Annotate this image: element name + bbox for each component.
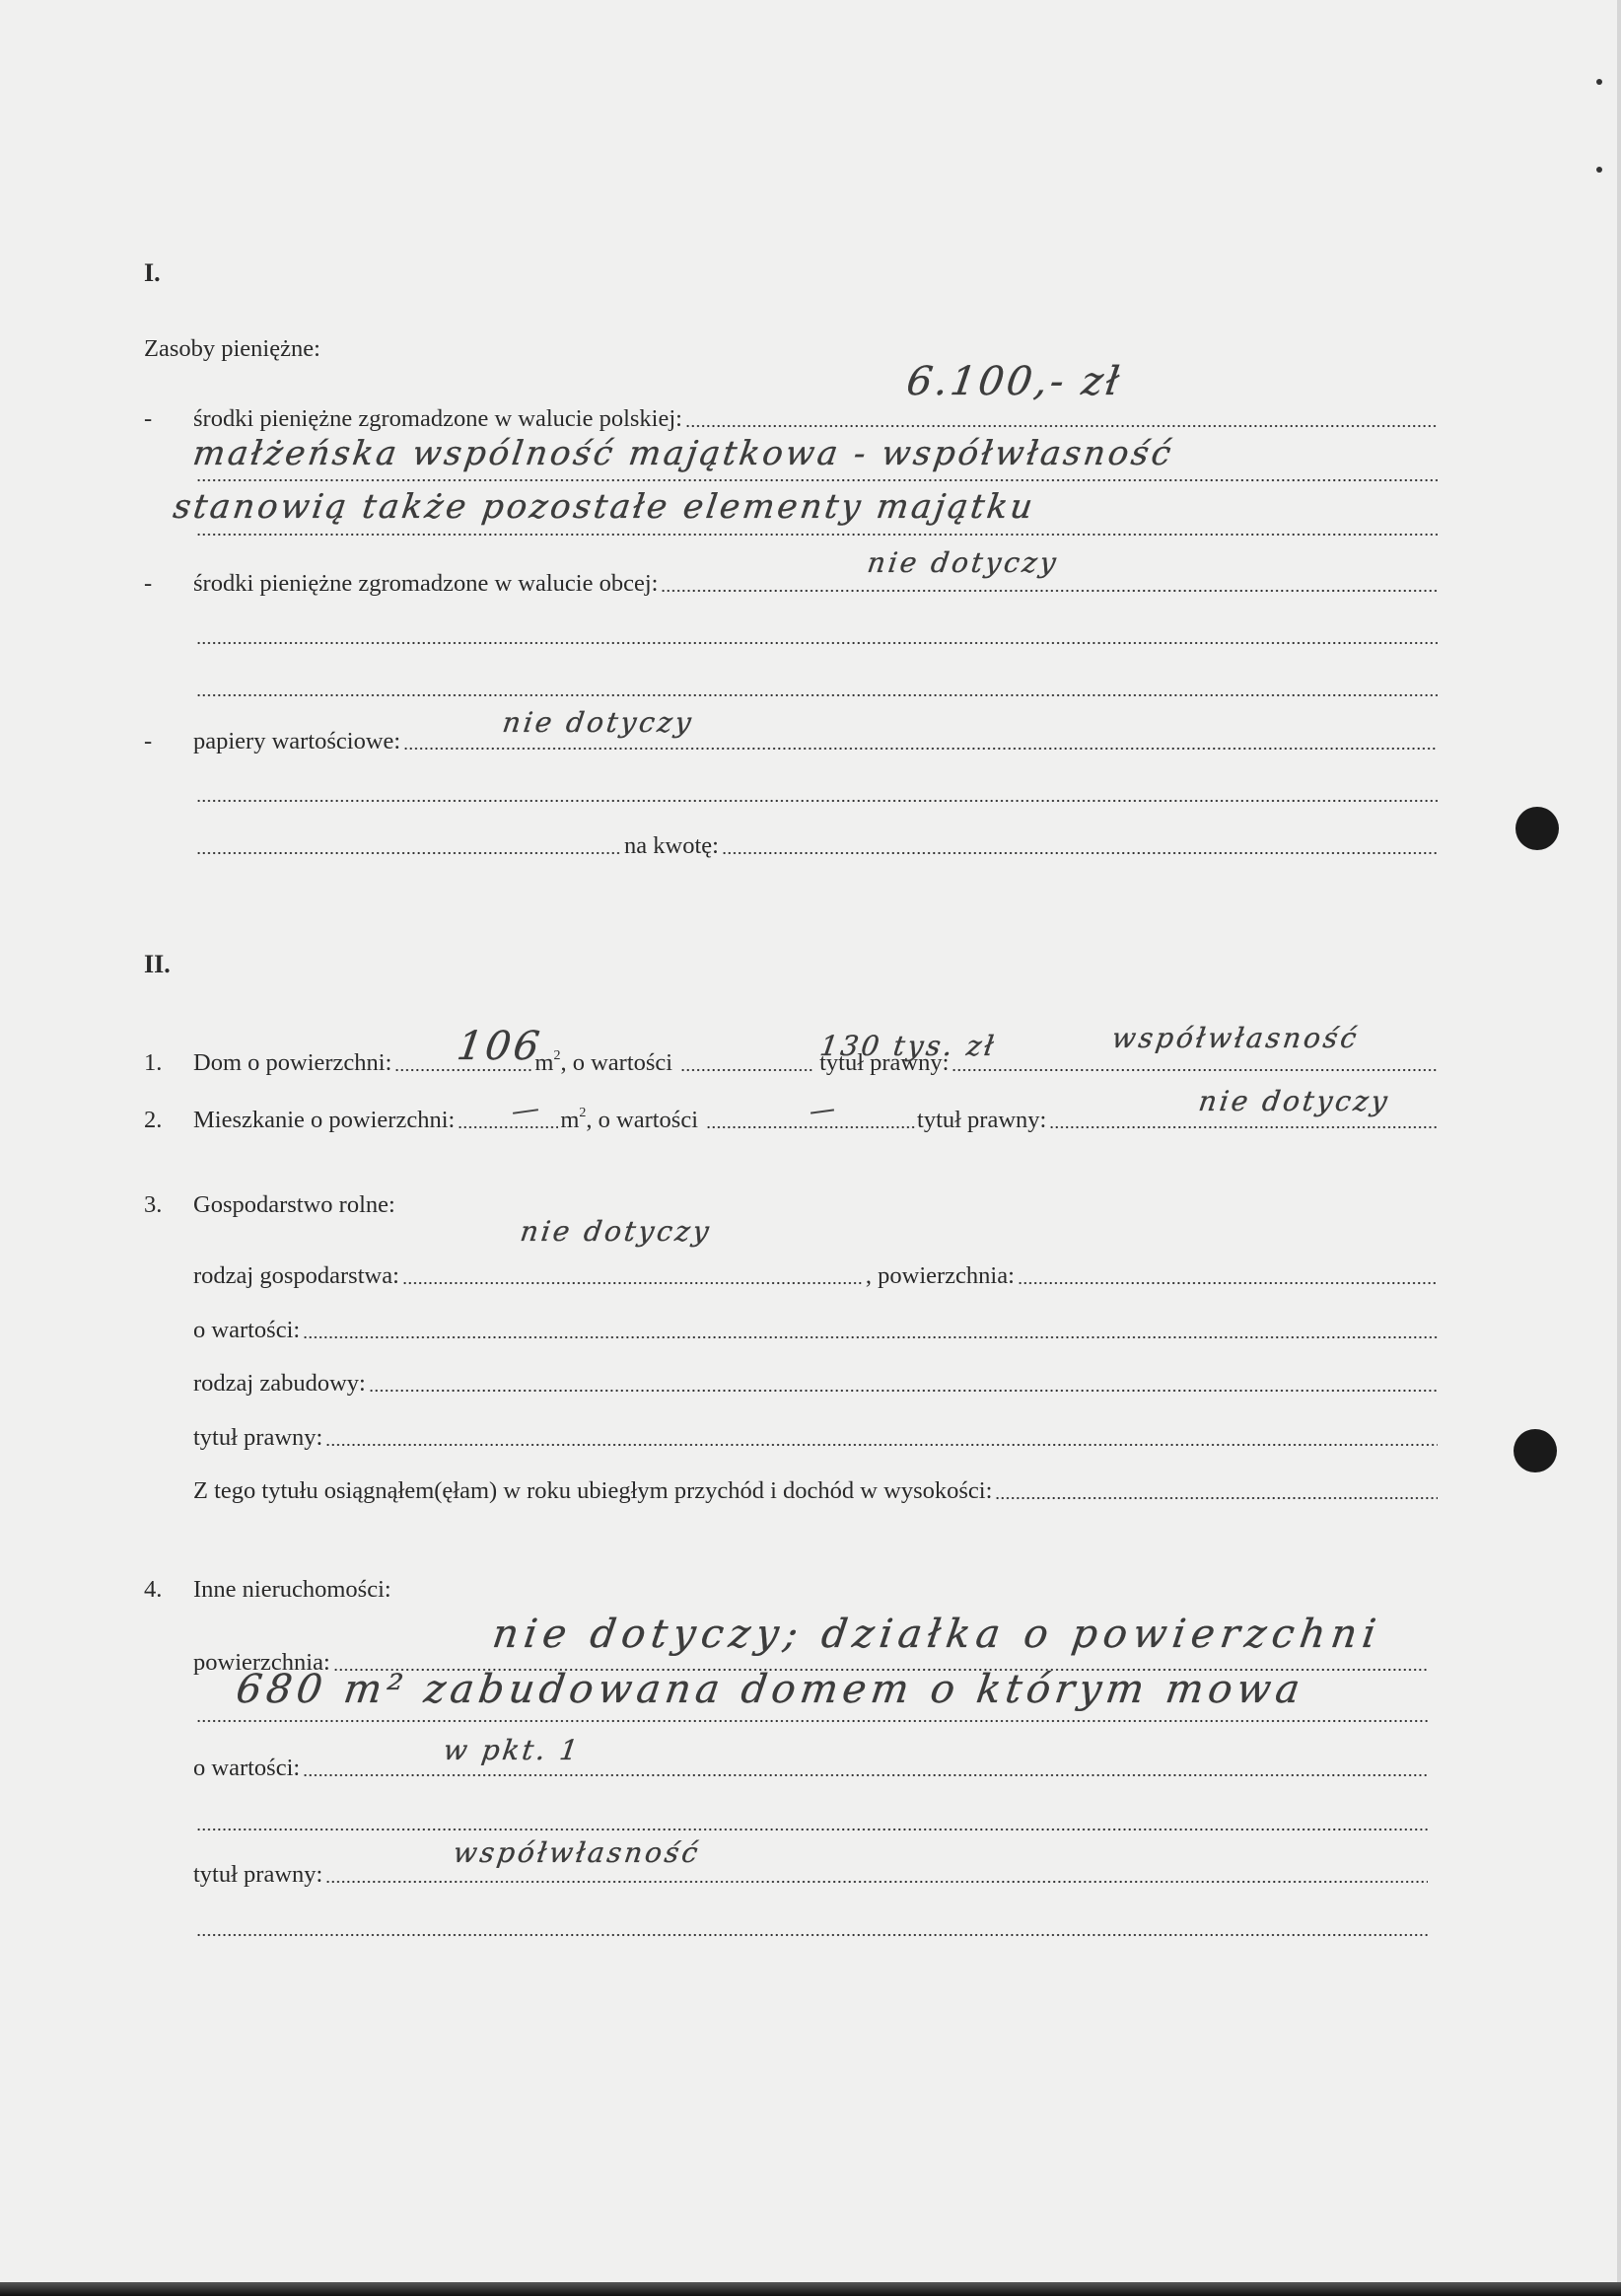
money-resources-title: Zasoby pieniężne: [144,335,320,363]
farm-title-field[interactable] [325,1443,1438,1447]
pln-funds-label: środki pieniężne zgromadzone w walucie p… [193,404,682,434]
farm-area-label: , powierzchnia: [866,1261,1015,1291]
apartment-title-field[interactable] [1049,1125,1438,1129]
pln-note-line-1: małżeńska wspólność majątkowa - współwła… [190,434,1176,473]
scan-speck [1596,167,1602,173]
other-value-row: o wartości: [193,1754,1430,1783]
punch-hole-mark [1515,807,1559,850]
securities-row: papiery wartościowe: [193,727,1440,756]
house-area-label: Dom o powierzchni: [193,1048,391,1078]
house-value-value: 130 tys. zł [818,1030,999,1062]
other-property-label: Inne nieruchomości: [193,1575,391,1605]
section-heading-1: I. [144,258,161,288]
scanner-bottom-edge [0,2282,1621,2296]
other-value-row-2 [193,1808,1430,1837]
farm-type-row: rodzaj gospodarstwa: , powierzchnia: [193,1261,1440,1291]
foreign-funds-field[interactable] [661,589,1438,593]
house-area-value: 106 [455,1024,545,1069]
apartment-area-field[interactable] [458,1125,558,1129]
other-title-row: tytuł prawny: [193,1860,1430,1890]
house-value-field[interactable] [680,1068,813,1072]
house-title-field[interactable] [951,1068,1438,1072]
house-title-value: współwłasność [1110,1022,1362,1054]
farm-value-label: o wartości: [193,1316,300,1345]
farm-type-label: rodzaj gospodarstwa: [193,1261,399,1291]
farm-building-label: rodzaj zabudowy: [193,1369,366,1399]
house-value-label: , o wartości [560,1048,672,1078]
other-title-field-2[interactable] [196,1933,1428,1937]
other-area-value-line-2: 680 m² zabudowana domem o którym mowa [234,1667,1307,1712]
apartment-area-unit: m2 [560,1106,586,1135]
item-number: 4. [144,1575,162,1605]
other-value-value: w pkt. 1 [442,1734,583,1766]
other-area-field-2[interactable] [196,1719,1428,1723]
pln-note-line-2: stanowią także pozostałe elementy majątk… [171,487,1037,527]
foreign-funds-field-2[interactable] [196,641,1438,645]
securities-field[interactable] [403,747,1438,751]
pln-funds-field[interactable] [685,424,1438,428]
other-title-field[interactable] [325,1880,1428,1884]
securities-value: nie dotyczy [501,706,696,739]
scan-speck [1596,79,1602,85]
farm-title-label: tytuł prawny: [193,1423,322,1453]
page-edge [1617,0,1621,2296]
apartment-title-label: tytuł prawny: [917,1106,1046,1135]
foreign-funds-row: środki pieniężne zgromadzone w walucie o… [193,569,1440,599]
farm-type-field[interactable] [402,1281,864,1285]
securities-row-2 [193,779,1440,809]
other-value-field[interactable] [303,1773,1428,1777]
other-value-field-2[interactable] [196,1828,1428,1831]
foreign-funds-row-3 [193,674,1440,703]
bullet: - [144,727,152,756]
bullet: - [144,569,152,599]
scanned-form-page: I. Zasoby pieniężne: - środki pieniężne … [0,0,1621,2296]
pln-funds-row: środki pieniężne zgromadzone w walucie p… [193,404,1440,434]
foreign-funds-field-3[interactable] [196,693,1438,697]
farm-building-row: rodzaj zabudowy: [193,1369,1440,1399]
amount-field[interactable] [722,851,1438,855]
foreign-funds-row-2 [193,621,1440,651]
bullet: - [144,404,152,434]
farm-title-row: tytuł prawny: [193,1423,1440,1453]
farm-income-label: Z tego tytułu osiągnąłem(ęłam) w roku ub… [193,1476,992,1506]
item-number: 2. [144,1106,162,1135]
punch-hole-mark [1514,1429,1557,1472]
other-title-row-2 [193,1913,1430,1943]
item-number: 1. [144,1048,162,1078]
foreign-funds-label: środki pieniężne zgromadzone w walucie o… [193,569,658,599]
item-number: 3. [144,1190,162,1220]
apartment-value-field[interactable] [706,1125,915,1129]
other-title-label: tytuł prawny: [193,1860,322,1890]
other-value-label: o wartości: [193,1754,300,1783]
farm-income-row: Z tego tytułu osiągnąłem(ęłam) w roku ub… [193,1476,1440,1506]
farm-handwritten-value: nie dotyczy [519,1215,714,1248]
securities-field-2[interactable] [196,799,1438,803]
pln-note-field-1[interactable] [196,478,1438,482]
section-heading-2: II. [144,950,171,979]
farm-row: Gospodarstwo rolne: [193,1190,1440,1220]
farm-income-field[interactable] [995,1496,1438,1500]
securities-amount-row: na kwotę: [193,831,1440,861]
pln-funds-value: 6.100,- zł [904,359,1125,404]
apartment-area-label: Mieszkanie o powierzchni: [193,1106,455,1135]
other-title-value: współwłasność [452,1836,703,1869]
farm-building-field[interactable] [369,1389,1438,1393]
apartment-title-value: nie dotyczy [1197,1085,1392,1117]
farm-value-row: o wartości: [193,1316,1440,1345]
foreign-funds-value: nie dotyczy [866,546,1061,579]
apartment-value-label: , o wartości [586,1106,698,1135]
farm-label: Gospodarstwo rolne: [193,1190,395,1220]
securities-label: papiery wartościowe: [193,727,400,756]
other-area-value-line-1: nie dotyczy; działka o powierzchni [490,1612,1384,1657]
farm-value-field[interactable] [303,1335,1438,1339]
other-property-row: Inne nieruchomości: [193,1575,1440,1605]
amount-label: na kwotę: [624,831,719,861]
securities-desc-field[interactable] [196,851,622,855]
pln-note-field-2[interactable] [196,533,1438,537]
farm-area-field[interactable] [1018,1281,1438,1285]
